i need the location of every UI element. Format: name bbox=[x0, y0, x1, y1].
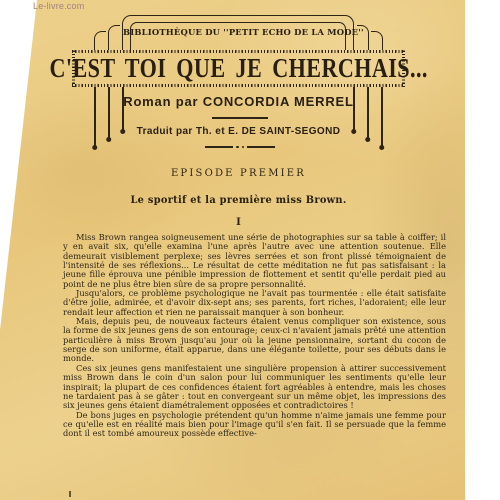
site-watermark: Le-livre.com bbox=[33, 1, 84, 11]
paper-speck bbox=[69, 491, 71, 497]
book-title: C'EST TOI QUE JE CHERCHAIS... bbox=[49, 53, 427, 84]
paragraph: Jusqu'alors, ce problème psychologique n… bbox=[63, 289, 446, 317]
divider-rule bbox=[212, 117, 268, 119]
divider-rule-dotted bbox=[205, 146, 275, 148]
banner-hook-right-outer bbox=[371, 31, 383, 50]
divider-segment bbox=[247, 146, 275, 148]
chapter-subtitle: Le sportif et la première miss Brown. bbox=[12, 195, 465, 206]
author-byline: Roman par CONCORDIA MERREL bbox=[12, 94, 465, 109]
scanned-book-cover: BIBLIOTHÈQUE DU ''PETIT ECHO DE LA MODE'… bbox=[0, 0, 500, 500]
paragraph: Mais, depuis peu, de nouveaux facteurs é… bbox=[63, 317, 446, 364]
paragraph: De bons juges en psychologie prétendent … bbox=[63, 411, 446, 439]
translator-credit: Traduit par Th. et E. DE SAINT-SEGOND bbox=[12, 126, 465, 137]
paragraph: Miss Brown rangea soigneusement une séri… bbox=[63, 233, 446, 289]
banner-hook-left-inner bbox=[108, 25, 120, 51]
collection-banner: BIBLIOTHÈQUE DU ''PETIT ECHO DE LA MODE'… bbox=[123, 27, 354, 37]
book-cover-page: BIBLIOTHÈQUE DU ''PETIT ECHO DE LA MODE'… bbox=[0, 0, 465, 500]
paragraph: Ces six jeunes gens manifestaient une si… bbox=[63, 364, 446, 411]
episode-heading: EPISODE PREMIER bbox=[12, 168, 465, 179]
section-numeral: I bbox=[12, 217, 465, 228]
body-text: Miss Brown rangea soigneusement une séri… bbox=[63, 233, 446, 439]
divider-dot bbox=[236, 146, 238, 148]
divider-dot bbox=[242, 146, 244, 148]
title-box: C'EST TOI QUE JE CHERCHAIS... bbox=[72, 50, 405, 87]
divider-segment bbox=[205, 146, 233, 148]
banner-hook-left-outer bbox=[94, 31, 106, 50]
